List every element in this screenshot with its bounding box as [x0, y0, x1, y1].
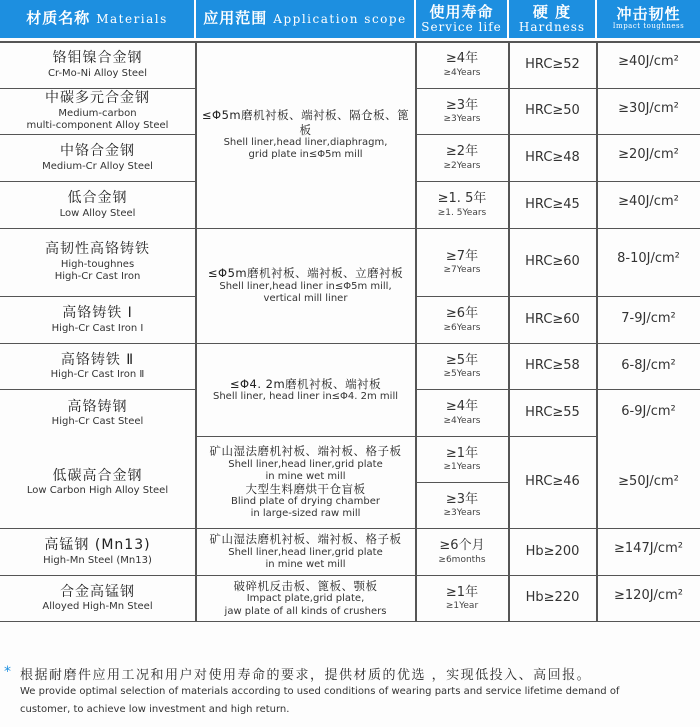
- application-cn: ≤Φ4. 2m磨机衬板、端衬板: [230, 377, 381, 391]
- header-impact-en: Impact toughness: [613, 23, 684, 30]
- impact-cell: ≥40J/cm²: [597, 182, 700, 229]
- impact-cell: ≥20J/cm²: [597, 135, 700, 182]
- application-en: Shell liner,head liner in≤Φ5m mill,: [219, 281, 391, 294]
- application-en: in large-sized raw mill: [251, 508, 361, 520]
- material-row: 铬钼镍合金钢 Cr-Mo-Ni Alloy Steel: [0, 42, 195, 89]
- service-life-cn: ≥1. 5年: [438, 191, 487, 207]
- header-hardness: 硬 度 Hardness: [509, 0, 595, 38]
- impact-value: ≥40J/cm²: [618, 54, 679, 70]
- service-life-cn: ≥4年: [446, 399, 478, 415]
- material-cn: 低碳高合金钢: [53, 468, 143, 486]
- service-life-cell: ≥6年 ≥6Years: [416, 297, 508, 344]
- service-life-cn: ≥1年: [446, 446, 478, 462]
- application-en: in mine wet mill: [266, 471, 346, 483]
- impact-value: ≥147J/cm²: [614, 541, 683, 557]
- header-materials: 材质名称 Materials: [0, 0, 194, 38]
- application-cn: 大型生料磨烘干仓盲板: [246, 483, 366, 497]
- service-life-cn: ≥3年: [446, 492, 478, 508]
- application-en: Shell liner,head liner,diaphragm,: [224, 137, 388, 150]
- application-cn: ≤Φ5m磨机衬板、端衬板、立磨衬板: [208, 266, 403, 280]
- asterisk-icon: *: [4, 664, 11, 680]
- hardness-cell: HRC≥52: [509, 42, 596, 89]
- impact-cell: 7-9J/cm²: [597, 297, 700, 344]
- material-row: 高韧性高铬铸铁 High-toughnes High-Cr Cast Iron: [0, 229, 195, 297]
- service-life-cn: ≥7年: [446, 249, 478, 265]
- material-en: High-Cr Cast Iron Ⅱ: [51, 369, 145, 382]
- impact-value: ≥120J/cm²: [614, 588, 683, 604]
- service-life-en: ≥6months: [438, 555, 485, 566]
- hardness-cell: Hb≥220: [509, 576, 596, 622]
- service-life-cell: ≥1年 ≥1Year: [416, 576, 508, 622]
- hardness-value: HRC≥60: [525, 312, 580, 328]
- material-en: Alloyed High-Mn Steel: [42, 601, 152, 614]
- application-cell: 矿山湿法磨机衬板、端衬板、格子板 Shell liner,head liner,…: [196, 529, 415, 576]
- header-application: 应用范围 Application scope: [196, 0, 414, 38]
- material-en: Medium-carbon: [58, 108, 136, 121]
- material-row: 中碳多元合金钢 Medium-carbon multi-component Al…: [0, 89, 195, 135]
- service-life-cell: ≥1. 5年 ≥1. 5Years: [416, 182, 508, 229]
- material-en: multi-component Alloy Steel: [27, 120, 169, 133]
- application-cell: 矿山湿法磨机衬板、端衬板、格子板 Shell liner,head liner,…: [196, 437, 415, 529]
- application-cell: ≤Φ5m磨机衬板、端衬板、立磨衬板 Shell liner,head liner…: [196, 229, 415, 344]
- impact-cell: ≥40J/cm²: [597, 42, 700, 89]
- service-life-cell: ≥4年 ≥4Years: [416, 42, 508, 89]
- impact-value: 8-10J/cm²: [617, 251, 680, 267]
- service-life-cell: ≥4年 ≥4Years: [416, 390, 508, 437]
- hardness-cell: Hb≥200: [509, 529, 596, 576]
- hardness-cell: HRC≥46: [509, 437, 596, 529]
- material-en: Low Carbon High Alloy Steel: [27, 485, 168, 498]
- application-en: Impact plate,grid plate,: [247, 593, 365, 606]
- impact-cell: 6-8J/cm²: [597, 344, 700, 390]
- application-en: grid plate in≤Φ5m mill: [249, 149, 363, 162]
- material-en: High-Mn Steel (Mn13): [43, 555, 152, 568]
- hardness-value: HRC≥52: [525, 57, 580, 73]
- header-materials-en: Materials: [96, 13, 168, 26]
- hardness-value: HRC≥48: [525, 150, 580, 166]
- application-cn: 矿山湿法磨机衬板、端衬板、格子板: [210, 532, 402, 546]
- material-cn: 高铬铸铁 Ⅱ: [61, 352, 134, 370]
- service-life-cell: ≥3年 ≥3Years: [416, 483, 508, 529]
- material-cn: 高铬铸铁 Ⅰ: [62, 305, 133, 323]
- material-row: 高铬铸钢 High-Cr Cast Steel: [0, 390, 195, 437]
- footer-note-cn: 根据耐磨件应用工况和用户对使用寿命的要求，提供材质的优选 ，实现低投入、高回报。: [20, 664, 591, 683]
- material-row: 合金高锰钢 Alloyed High-Mn Steel: [0, 576, 195, 622]
- service-life-cell: ≥1年 ≥1Years: [416, 437, 508, 483]
- service-life-en: ≥4Years: [443, 68, 480, 79]
- header-application-cn: 应用范围: [203, 11, 267, 27]
- impact-value: ≥50J/cm²: [618, 474, 679, 490]
- impact-cell: ≥50J/cm²: [597, 437, 700, 529]
- service-life-cn: ≥2年: [446, 144, 478, 160]
- material-row: 高锰钢 (Mn13) High-Mn Steel (Mn13): [0, 529, 195, 576]
- material-en: Medium-Cr Alloy Steel: [42, 161, 153, 174]
- application-cn: ≤Φ5m磨机衬板、端衬板、隔仓板、篦板: [196, 108, 415, 137]
- application-cell: ≤Φ5m磨机衬板、端衬板、隔仓板、篦板 Shell liner,head lin…: [196, 42, 415, 229]
- material-en: High-Cr Cast Iron: [55, 271, 141, 284]
- material-cn: 铬钼镍合金钢: [53, 50, 143, 68]
- footer-note-en: We provide optimal selection of material…: [20, 683, 640, 719]
- hardness-value: HRC≥46: [525, 474, 580, 490]
- hardness-cell: HRC≥60: [509, 229, 596, 297]
- hardness-value: HRC≥50: [525, 103, 580, 119]
- material-en: High-toughnes: [61, 259, 134, 272]
- service-life-cell: ≥2年 ≥2Years: [416, 135, 508, 182]
- hardness-cell: HRC≥58: [509, 344, 596, 390]
- hardness-cell: HRC≥48: [509, 135, 596, 182]
- application-cn: 矿山湿法磨机衬板、端衬板、格子板: [210, 445, 402, 459]
- hardness-value: HRC≥55: [525, 405, 580, 421]
- header-application-en: Application scope: [273, 13, 406, 26]
- material-row: 高铬铸铁 Ⅰ High-Cr Cast Iron Ⅰ: [0, 297, 195, 344]
- service-life-cn: ≥6年: [446, 306, 478, 322]
- material-cn: 高铬铸钢: [68, 399, 128, 417]
- material-cn: 高韧性高铬铸铁: [45, 241, 150, 259]
- application-en: Shell liner,head liner,grid plate: [228, 547, 382, 560]
- header-service-life-cn: 使用寿命: [429, 5, 493, 21]
- service-life-en: ≥7Years: [443, 265, 480, 276]
- material-row: 低碳高合金钢 Low Carbon High Alloy Steel: [0, 437, 195, 529]
- service-life-en: ≥6Years: [443, 323, 480, 334]
- hardness-cell: HRC≥55: [509, 390, 596, 437]
- impact-value: ≥30J/cm²: [618, 101, 679, 117]
- material-row: 低合金钢 Low Alloy Steel: [0, 182, 195, 229]
- application-en: Shell liner,head liner,grid plate: [228, 459, 382, 471]
- application-cell: 破碎机反击板、篦板、颚板 Impact plate,grid plate, ja…: [196, 576, 415, 622]
- hardness-value: HRC≥45: [525, 197, 580, 213]
- hardness-cell: HRC≥45: [509, 182, 596, 229]
- material-cn: 高锰钢 (Mn13): [44, 537, 150, 555]
- service-life-cn: ≥3年: [446, 98, 478, 114]
- service-life-en: ≥1Year: [446, 601, 478, 612]
- application-en: Blind plate of drying chamber: [231, 496, 380, 508]
- service-life-cn: ≥1年: [446, 585, 478, 601]
- impact-value: 6-9J/cm²: [621, 404, 675, 420]
- impact-cell: 6-9J/cm²: [597, 390, 700, 437]
- material-en: High-Cr Cast Steel: [52, 416, 144, 429]
- header-impact: 冲击韧性 Impact toughness: [597, 0, 700, 38]
- material-cn: 中铬合金钢: [60, 143, 135, 161]
- header-service-life-en: Service life: [421, 21, 502, 34]
- material-en: Low Alloy Steel: [60, 208, 136, 221]
- service-life-en: ≥3Years: [443, 114, 480, 125]
- material-cn: 中碳多元合金钢: [45, 90, 150, 108]
- hardness-cell: HRC≥50: [509, 89, 596, 135]
- impact-value: 6-8J/cm²: [621, 358, 675, 374]
- impact-cell: 8-10J/cm²: [597, 229, 700, 297]
- service-life-cell: ≥3年 ≥3Years: [416, 89, 508, 135]
- impact-value: 7-9J/cm²: [621, 311, 675, 327]
- material-row: 高铬铸铁 Ⅱ High-Cr Cast Iron Ⅱ: [0, 344, 195, 390]
- hardness-value: Hb≥200: [526, 544, 580, 560]
- service-life-cell: ≥7年 ≥7Years: [416, 229, 508, 297]
- hardness-value: HRC≥58: [525, 358, 580, 374]
- material-cn: 低合金钢: [68, 190, 128, 208]
- service-life-en: ≥1Years: [443, 462, 480, 473]
- header-materials-cn: 材质名称: [26, 11, 90, 27]
- service-life-cell: ≥6个月 ≥6months: [416, 529, 508, 576]
- impact-cell: ≥120J/cm²: [597, 576, 700, 622]
- impact-cell: ≥30J/cm²: [597, 89, 700, 135]
- service-life-cn: ≥5年: [446, 353, 478, 369]
- application-en: jaw plate of all kinds of crushers: [225, 606, 387, 619]
- application-cn: 破碎机反击板、篦板、颚板: [234, 579, 378, 593]
- service-life-cn: ≥4年: [446, 51, 478, 67]
- header-impact-cn: 冲击韧性: [616, 7, 680, 23]
- service-life-cn: ≥6个月: [439, 538, 484, 554]
- hardness-cell: HRC≥60: [509, 297, 596, 344]
- hardness-value: HRC≥60: [525, 254, 580, 270]
- service-life-cell: ≥5年 ≥5Years: [416, 344, 508, 390]
- hardness-value: Hb≥220: [526, 590, 580, 606]
- impact-cell: ≥147J/cm²: [597, 529, 700, 576]
- application-en: vertical mill liner: [264, 293, 348, 306]
- material-en: High-Cr Cast Iron Ⅰ: [52, 323, 144, 336]
- application-en: in mine wet mill: [266, 559, 346, 572]
- impact-value: ≥20J/cm²: [618, 147, 679, 163]
- material-en: Cr-Mo-Ni Alloy Steel: [48, 68, 147, 81]
- service-life-en: ≥2Years: [443, 161, 480, 172]
- service-life-en: ≥1. 5Years: [438, 208, 486, 219]
- header-hardness-cn: 硬 度: [533, 5, 571, 21]
- service-life-en: ≥5Years: [443, 369, 480, 380]
- application-en: Shell liner, head liner in≤Φ4. 2m mill: [213, 391, 398, 404]
- impact-value: ≥40J/cm²: [618, 194, 679, 210]
- service-life-en: ≥4Years: [443, 416, 480, 427]
- material-cn: 合金高锰钢: [60, 584, 135, 602]
- header-hardness-en: Hardness: [519, 21, 585, 34]
- service-life-en: ≥3Years: [443, 508, 480, 519]
- header-service-life: 使用寿命 Service life: [416, 0, 507, 38]
- application-cell: ≤Φ4. 2m磨机衬板、端衬板 Shell liner, head liner …: [196, 344, 415, 437]
- material-row: 中铬合金钢 Medium-Cr Alloy Steel: [0, 135, 195, 182]
